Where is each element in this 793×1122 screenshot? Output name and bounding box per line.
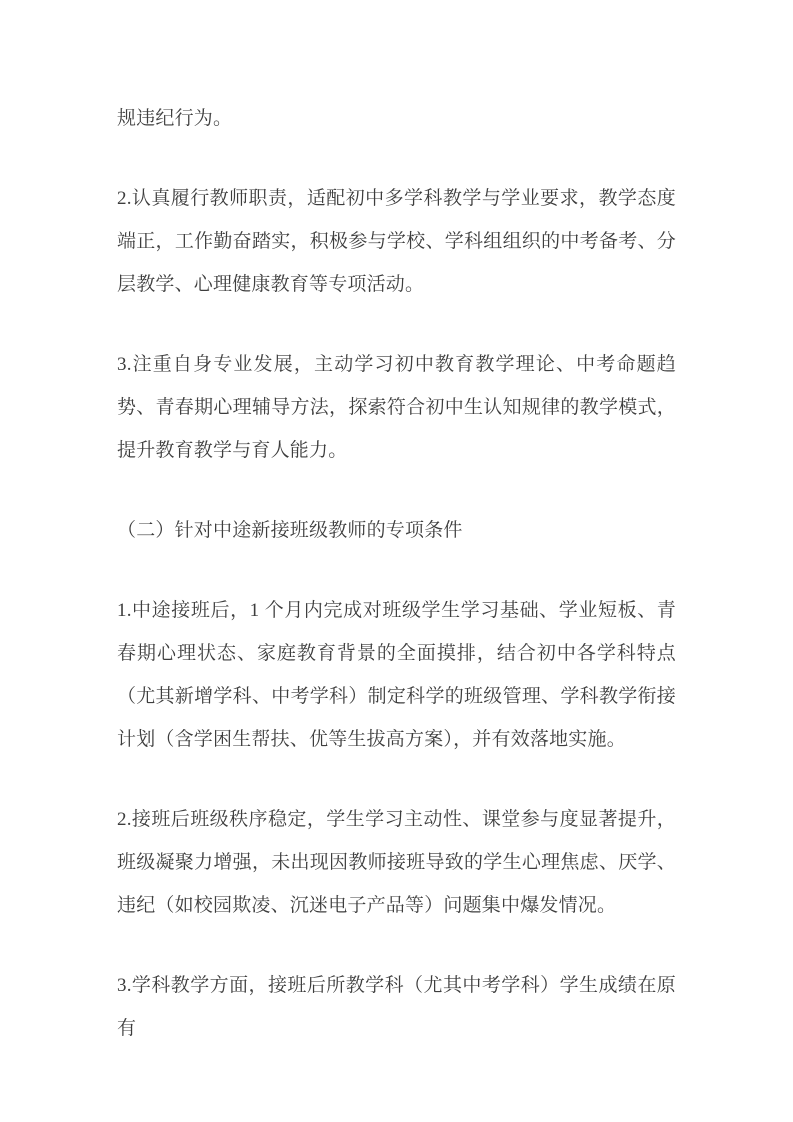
document-page: 规违纪行为。 2.认真履行教师职责，适配初中多学科教学与学业要求，教学态度端正，… <box>0 0 793 1122</box>
paragraph-item-1-special: 1.中途接班后，1 个月内完成对班级学生学习基础、学业短板、青春期心理状态、家庭… <box>117 589 676 761</box>
paragraph-item-3-special-truncated: 3.学科教学方面，接班后所教学科（尤其中考学科）学生成绩在原有 <box>117 964 676 1050</box>
paragraph-item-3-general: 3.注重自身专业发展，主动学习初中教育教学理论、中考命题趋势、青春期心理辅导方法… <box>117 343 676 472</box>
paragraph-item-2-special: 2.接班后班级秩序稳定，学生学习主动性、课堂参与度显著提升，班级凝聚力增强，未出… <box>117 798 676 927</box>
section-heading-2: （二）针对中途新接班级教师的专项条件 <box>117 509 676 552</box>
paragraph-item-2-general: 2.认真履行教师职责，适配初中多学科教学与学业要求，教学态度端正，工作勤奋踏实，… <box>117 177 676 306</box>
paragraph-continuation-tail: 规违纪行为。 <box>117 97 676 140</box>
document-text-block: 规违纪行为。 2.认真履行教师职责，适配初中多学科教学与学业要求，教学态度端正，… <box>117 97 676 1050</box>
